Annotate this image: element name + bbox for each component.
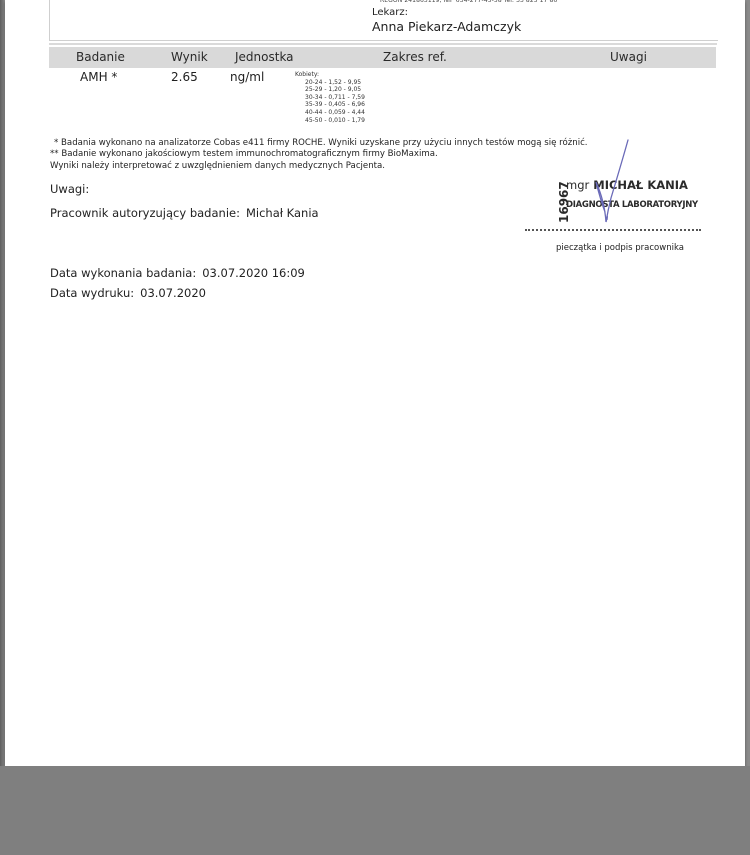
reference-range: 20-24 - 1,52 - 9,95 [305,79,365,87]
print-date-label: Data wydruku: [50,286,134,300]
reference-range: 35-39 - 0,405 - 6,96 [305,101,365,109]
signature-line [525,229,701,231]
document-page: REGON 241863119, NIP 634-277-45-58 Tel. … [5,0,745,766]
reference-range: 30-34 - 0,711 - 7,59 [305,94,365,102]
viewer-background [0,766,750,855]
reference-range: 45-50 - 0,010 - 1,79 [305,117,365,125]
stamp-title-prefix: mgr [566,178,589,192]
lab-registration-line: REGON 241863119, NIP 634-277-45-58 Tel. … [380,0,557,4]
cell-jednostka: ng/ml [230,70,264,84]
column-header-zakres: Zakres ref. [383,50,447,64]
authorizing-employee-label: Pracownik autoryzujący badanie: [50,206,240,220]
column-header-jednostka: Jednostka [235,50,294,64]
cell-wynik: 2.65 [171,70,198,84]
remarks-label: Uwagi: [50,182,89,196]
test-date-label: Data wykonania badania: [50,266,196,280]
footnote-interpretation: Wyniki należy interpretować z uwzględnie… [50,161,588,172]
table-divider [49,43,717,45]
doctor-name: Anna Piekarz-Adamczyk [372,19,521,34]
test-date-value: 03.07.2020 16:09 [202,266,305,280]
signature-caption: pieczątka i podpis pracownika [556,243,684,253]
column-header-wynik: Wynik [171,50,208,64]
print-date: Data wydruku:03.07.2020 [50,286,206,300]
footnotes: * Badania wykonano na analizatorze Cobas… [50,138,588,172]
footnote-method: ** Badanie wykonano jakościowym testem i… [50,149,588,160]
authorizing-employee-name: Michał Kania [246,206,319,220]
doctor-label: Lekarz: [372,7,408,18]
column-header-badanie: Badanie [76,50,125,64]
cell-zakres-ref: Kobiety: 20-24 - 1,52 - 9,95 25-29 - 1,2… [295,71,365,124]
footnote-analyzer: * Badania wykonano na analizatorze Cobas… [50,138,588,149]
reference-group-label: Kobiety: [295,71,365,79]
cell-badanie: AMH * [80,70,117,84]
reference-range: 25-29 - 1,20 - 9,05 [305,86,365,94]
reference-range: 40-44 - 0,059 - 4,44 [305,109,365,117]
column-header-uwagi: Uwagi [610,50,647,64]
handwritten-signature-icon [593,138,638,228]
authorizing-employee: Pracownik autoryzujący badanie:Michał Ka… [50,206,319,220]
results-table-header: Badanie Wynik Jednostka Zakres ref. Uwag… [49,47,716,68]
page-edge-right [745,0,750,766]
test-date: Data wykonania badania:03.07.2020 16:09 [50,266,305,280]
print-date-value: 03.07.2020 [140,286,206,300]
